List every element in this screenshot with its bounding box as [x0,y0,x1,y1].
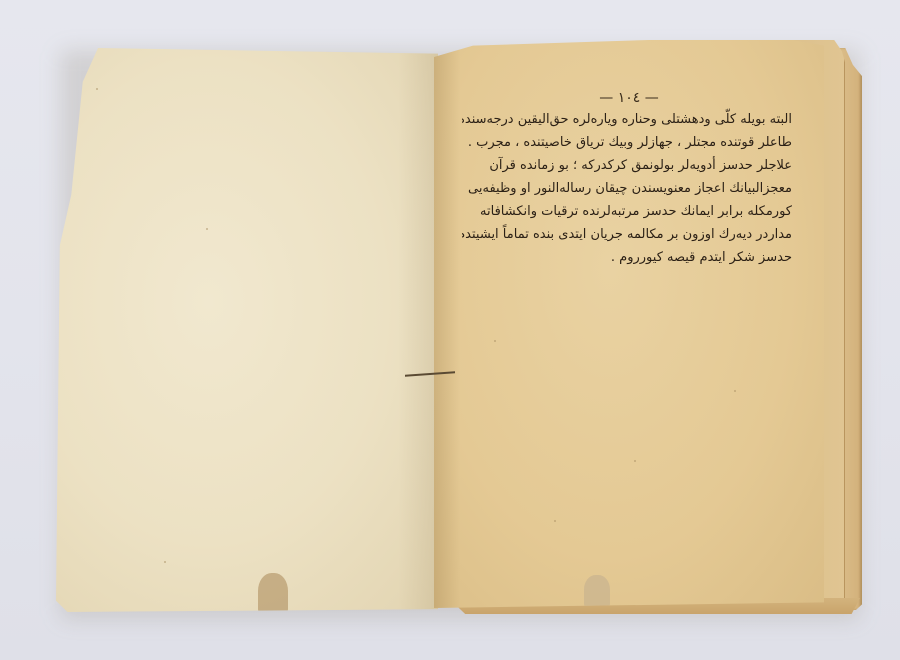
paper-speck [206,228,208,230]
text-line: كورمكله برابر ايمانك حدسز مرتبه‌لرنده تر… [462,200,792,223]
text-line: معجزالبيانك اعجاز معنويسندن چيقان رساله‌… [462,177,792,200]
paper-speck [734,390,736,392]
text-line: مداردر ديه‌رك اوزون بر مكالمه جريان ايتد… [462,223,792,246]
paper-speck [494,340,496,342]
water-stain-right [584,575,610,607]
paper-speck [96,88,98,90]
water-stain-left [258,573,288,613]
paper-speck [634,460,636,462]
left-page-blank [56,48,438,612]
text-line: علاجلر حدسز أدويه‌لر بولونمق كركدركه ؛ ب… [462,154,792,177]
paper-speck [164,561,166,563]
text-line: البته بويله كلّى ودهشتلى وحناره ويارەلره… [462,108,792,131]
text-line-last: حدسز شكر ايتدم قيصه كيورروم . [462,246,792,269]
page-number: — ١٠٤ — [434,90,824,106]
book-photo: — ١٠٤ — البته بويله كلّى ودهشتلى وحناره … [0,0,900,660]
text-line: طاعلر قوتنده مجتلر ، جهازلر وبيك ترياق خ… [462,131,792,154]
paper-speck [554,520,556,522]
right-page-text: — ١٠٤ — البته بويله كلّى ودهشتلى وحناره … [434,40,824,608]
body-text: البته بويله كلّى ودهشتلى وحناره ويارەلره… [462,108,792,269]
